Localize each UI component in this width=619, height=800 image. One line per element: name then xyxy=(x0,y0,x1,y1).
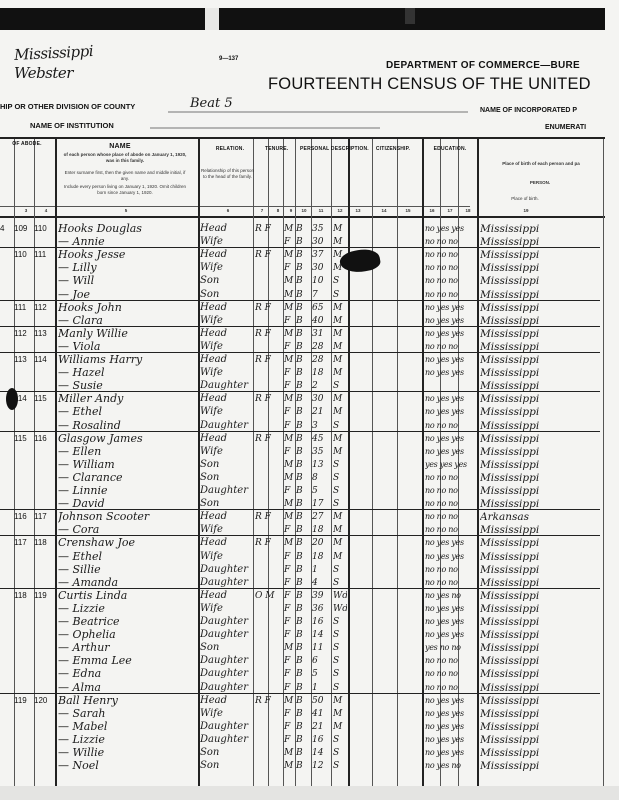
person-name: — Ethel xyxy=(58,550,196,564)
dwelling-number: 111 xyxy=(14,301,34,315)
table-row: — ClaranceSonMB8Sno no noMississippi xyxy=(0,471,605,485)
table-row: 118119Curtis LindaHeadO MFB39Wdno yes no… xyxy=(0,589,605,603)
relation: Son xyxy=(200,641,250,655)
education: yes no no xyxy=(425,641,477,655)
birthplace: Mississippi xyxy=(480,759,590,773)
citizenship xyxy=(352,484,372,498)
sex: M xyxy=(284,248,294,262)
race: B xyxy=(296,222,310,236)
citizenship xyxy=(352,550,372,564)
birthplace: Mississippi xyxy=(480,222,590,236)
family-separator xyxy=(0,326,600,327)
citizenship xyxy=(352,759,372,773)
dwelling-number xyxy=(14,261,34,275)
citizenship xyxy=(352,733,372,747)
person-name: — Willie xyxy=(58,746,196,760)
dwelling-number: 118 xyxy=(14,589,34,603)
family-number xyxy=(34,615,54,629)
tenure xyxy=(255,759,283,773)
line-number xyxy=(0,602,14,616)
table-header-rule xyxy=(0,216,605,218)
relation: Head xyxy=(200,301,250,315)
citizenship xyxy=(352,458,372,472)
relation: Wife xyxy=(200,445,250,459)
family-number xyxy=(34,484,54,498)
person-name: — Lizzie xyxy=(58,733,196,747)
line-number xyxy=(0,471,14,485)
dwelling-number xyxy=(14,707,34,721)
birthplace: Mississippi xyxy=(480,484,590,498)
dwelling-number xyxy=(14,759,34,773)
sex: M xyxy=(284,694,294,708)
age: 27 xyxy=(312,510,330,524)
dwelling-number xyxy=(14,615,34,629)
relation: Head xyxy=(200,222,250,236)
marital-status: S xyxy=(333,563,347,577)
education: no yes yes xyxy=(425,301,477,315)
sex: F xyxy=(284,484,294,498)
census-title: FOURTEENTH CENSUS OF THE UNITED xyxy=(268,75,591,94)
abode-header: OF ABODE. xyxy=(2,141,52,147)
age: 30 xyxy=(312,261,330,275)
fineprint-line xyxy=(150,127,380,129)
table-row: 110111Hooks JesseHeadR FMB37Mno no noMis… xyxy=(0,248,605,262)
family-number: 116 xyxy=(34,432,54,446)
citizenship xyxy=(352,667,372,681)
person-name: — Noel xyxy=(58,759,196,773)
tenure: R F xyxy=(255,327,283,341)
education: no yes yes xyxy=(425,733,477,747)
dwelling-number: 119 xyxy=(14,694,34,708)
sex: M xyxy=(284,327,294,341)
relation: Daughter xyxy=(200,628,250,642)
sex: F xyxy=(284,654,294,668)
table-row: — EllenWifeFB35Mno yes yesMississippi xyxy=(0,445,605,459)
citizenship xyxy=(352,536,372,550)
line-number xyxy=(0,694,14,708)
relation: Son xyxy=(200,746,250,760)
education: no no no xyxy=(425,510,477,524)
tenure: R F xyxy=(255,432,283,446)
relation: Head xyxy=(200,536,250,550)
citizenship xyxy=(352,274,372,288)
race: B xyxy=(296,327,310,341)
dwelling-number: 115 xyxy=(14,432,34,446)
race: B xyxy=(296,589,310,603)
race: B xyxy=(296,445,310,459)
race: B xyxy=(296,353,310,367)
family-separator xyxy=(0,391,600,392)
person-name: — Hazel xyxy=(58,366,196,380)
age: 50 xyxy=(312,694,330,708)
table-row: 112113Manly WillieHeadR FMB31Mno yes yes… xyxy=(0,327,605,341)
family-number xyxy=(34,667,54,681)
family-number xyxy=(34,274,54,288)
birthplace: Mississippi xyxy=(480,405,590,419)
tenure xyxy=(255,654,283,668)
personal-description-header: PERSONAL DESCRIPTION. xyxy=(300,146,362,152)
sex: M xyxy=(284,510,294,524)
age: 39 xyxy=(312,589,330,603)
relation: Daughter xyxy=(200,654,250,668)
sex: M xyxy=(284,471,294,485)
citizenship xyxy=(352,392,372,406)
age: 11 xyxy=(312,641,330,655)
tenure xyxy=(255,628,283,642)
tenure xyxy=(255,733,283,747)
education: no yes yes xyxy=(425,445,477,459)
birthplace: Mississippi xyxy=(480,654,590,668)
tenure: R F xyxy=(255,392,283,406)
marital-status: S xyxy=(333,274,347,288)
line-number xyxy=(0,707,14,721)
family-number xyxy=(34,563,54,577)
sex: F xyxy=(284,720,294,734)
table-row: — WilliamSonMB13Syes yes yesMississippi xyxy=(0,458,605,472)
birthplace: Mississippi xyxy=(480,327,590,341)
marital-status: S xyxy=(333,667,347,681)
line-number xyxy=(0,733,14,747)
relation: Wife xyxy=(200,261,250,275)
family-number xyxy=(34,458,54,472)
county-handwritten: Webster xyxy=(14,64,73,82)
marital-status: S xyxy=(333,746,347,760)
education: no yes yes xyxy=(425,707,477,721)
dwelling-number xyxy=(14,274,34,288)
marital-status: S xyxy=(333,471,347,485)
relation: Wife xyxy=(200,602,250,616)
relation: Daughter xyxy=(200,667,250,681)
family-number xyxy=(34,471,54,485)
citizenship xyxy=(352,222,372,236)
age: 14 xyxy=(312,628,330,642)
column-number: 6 xyxy=(222,208,234,214)
dwelling-number xyxy=(14,733,34,747)
birthplace: Mississippi xyxy=(480,353,590,367)
birthplace: Mississippi xyxy=(480,746,590,760)
table-row: 4109110Hooks DouglasHeadR FMB35Mno yes y… xyxy=(0,222,605,236)
dwelling-number xyxy=(14,563,34,577)
line-number: 4 xyxy=(0,222,14,236)
column-number: 4 xyxy=(40,208,52,214)
family-number: 113 xyxy=(34,327,54,341)
person-name: — Sarah xyxy=(58,707,196,721)
column-number: 10 xyxy=(298,208,310,214)
marital-status: M xyxy=(333,405,347,419)
education-header: EDUCATION. xyxy=(426,146,474,152)
sex: F xyxy=(284,602,294,616)
sex: M xyxy=(284,222,294,236)
dwelling-number xyxy=(14,458,34,472)
ink-blot xyxy=(6,388,18,410)
citizenship xyxy=(352,694,372,708)
line-number xyxy=(0,366,14,380)
family-number: 120 xyxy=(34,694,54,708)
age: 5 xyxy=(312,484,330,498)
line-number xyxy=(0,432,14,446)
tenure xyxy=(255,366,283,380)
dwelling-number xyxy=(14,550,34,564)
name-note-2: Enter surname first, then the given name… xyxy=(60,170,190,182)
column-number: 9 xyxy=(285,208,297,214)
age: 1 xyxy=(312,563,330,577)
sex: M xyxy=(284,392,294,406)
tenure xyxy=(255,261,283,275)
age: 31 xyxy=(312,327,330,341)
tenure xyxy=(255,746,283,760)
colnum-rule xyxy=(0,206,470,207)
race: B xyxy=(296,759,310,773)
dwelling-number xyxy=(14,654,34,668)
relation: Son xyxy=(200,458,250,472)
table-row: — MabelDaughterFB21Mno yes yesMississipp… xyxy=(0,720,605,734)
birthplace: Mississippi xyxy=(480,392,590,406)
person-name: Curtis Linda xyxy=(58,589,196,603)
marital-status: Wd xyxy=(333,602,347,616)
sex: M xyxy=(284,458,294,472)
table-row: 119120Ball HenryHeadR FMB50Mno yes yesMi… xyxy=(0,694,605,708)
race: B xyxy=(296,733,310,747)
dwelling-number: 113 xyxy=(14,353,34,367)
education: no yes yes xyxy=(425,366,477,380)
table-row: — HazelWifeFB18Mno yes yesMississippi xyxy=(0,366,605,380)
age: 35 xyxy=(312,445,330,459)
person-name: — Lilly xyxy=(58,261,196,275)
race: B xyxy=(296,484,310,498)
birthplace: Mississippi xyxy=(480,602,590,616)
birthplace: Mississippi xyxy=(480,550,590,564)
race: B xyxy=(296,628,310,642)
sex: F xyxy=(284,445,294,459)
birthplace: Mississippi xyxy=(480,301,590,315)
person-name: — William xyxy=(58,458,196,472)
table-row: 115116Glasgow JamesHeadR FMB45Mno yes ye… xyxy=(0,432,605,446)
citizenship xyxy=(352,327,372,341)
person-name: Manly Willie xyxy=(58,327,196,341)
marital-status: Wd xyxy=(333,589,347,603)
birthplace: Mississippi xyxy=(480,563,590,577)
line-number xyxy=(0,615,14,629)
person-name: — Arthur xyxy=(58,641,196,655)
table-row: — SillieDaughterFB1Sno no noMississippi xyxy=(0,563,605,577)
tenure xyxy=(255,667,283,681)
relation-header: RELATION. xyxy=(205,146,255,152)
race: B xyxy=(296,432,310,446)
tenure: O M xyxy=(255,589,283,603)
table-row: — Emma LeeDaughterFB6Sno no noMississipp… xyxy=(0,654,605,668)
person-name: — Will xyxy=(58,274,196,288)
citizenship xyxy=(352,615,372,629)
education: no yes no xyxy=(425,589,477,603)
person-name: — Ellen xyxy=(58,445,196,459)
race: B xyxy=(296,458,310,472)
table-row: — LizzieWifeFB36Wdno yes yesMississippi xyxy=(0,602,605,616)
marital-status: S xyxy=(333,628,347,642)
table-row: — OpheliaDaughterFB14Sno yes yesMississi… xyxy=(0,628,605,642)
age: 21 xyxy=(312,405,330,419)
line-number xyxy=(0,720,14,734)
education: no yes yes xyxy=(425,550,477,564)
column-number: 12 xyxy=(334,208,346,214)
tenure xyxy=(255,720,283,734)
tenure xyxy=(255,615,283,629)
department-heading: DEPARTMENT OF COMMERCE—BURE xyxy=(386,60,580,71)
person-name: — Edna xyxy=(58,667,196,681)
birthplace-subhead: PERSON. xyxy=(520,180,560,186)
dwelling-number xyxy=(14,641,34,655)
tenure xyxy=(255,445,283,459)
column-number: 14 xyxy=(378,208,390,214)
incorporated-place-label: NAME OF INCORPORATED P xyxy=(480,107,577,114)
line-number xyxy=(0,261,14,275)
family-number: 118 xyxy=(34,536,54,550)
family-number xyxy=(34,746,54,760)
marital-status: M xyxy=(333,707,347,721)
line-number xyxy=(0,248,14,262)
race: B xyxy=(296,405,310,419)
birthplace: Mississippi xyxy=(480,694,590,708)
person-name: — Mabel xyxy=(58,720,196,734)
citizenship xyxy=(352,471,372,485)
table-row: — LillyWifeFB30Mno no noMississippi xyxy=(0,261,605,275)
line-number xyxy=(0,301,14,315)
column-number: 11 xyxy=(315,208,327,214)
tenure xyxy=(255,458,283,472)
dwelling-number xyxy=(14,628,34,642)
dwelling-number: 112 xyxy=(14,327,34,341)
birthplace: Mississippi xyxy=(480,432,590,446)
line-number xyxy=(0,353,14,367)
relation: Son xyxy=(200,759,250,773)
citizenship xyxy=(352,720,372,734)
relation: Head xyxy=(200,432,250,446)
dwelling-number: 117 xyxy=(14,536,34,550)
line-number xyxy=(0,274,14,288)
citizenship xyxy=(352,432,372,446)
tenure xyxy=(255,405,283,419)
person-name: — Ethel xyxy=(58,405,196,419)
dwelling-number xyxy=(14,445,34,459)
table-row: — WillieSonMB14Sno yes yesMississippi xyxy=(0,746,605,760)
tenure xyxy=(255,471,283,485)
education: no yes yes xyxy=(425,327,477,341)
column-number: 17 xyxy=(444,208,456,214)
column-number: 15 xyxy=(402,208,414,214)
age: 41 xyxy=(312,707,330,721)
birthplace: Mississippi xyxy=(480,274,590,288)
education: no no no xyxy=(425,667,477,681)
family-number: 115 xyxy=(34,392,54,406)
tenure xyxy=(255,484,283,498)
citizenship xyxy=(352,628,372,642)
marital-status: M xyxy=(333,536,347,550)
table-row: — SarahWifeFB41Mno yes yesMississippi xyxy=(0,707,605,721)
birthplace: Mississippi xyxy=(480,667,590,681)
person-name: Ball Henry xyxy=(58,694,196,708)
education: yes yes yes xyxy=(425,458,477,472)
table-row: — LizzieDaughterFB16Sno yes yesMississip… xyxy=(0,733,605,747)
dwelling-number: 109 xyxy=(14,222,34,236)
relation: Daughter xyxy=(200,615,250,629)
tenure: R F xyxy=(255,248,283,262)
column-number: 7 xyxy=(256,208,268,214)
education: no no no xyxy=(425,484,477,498)
enumeration-label: ENUMERATI xyxy=(545,124,586,131)
age: 6 xyxy=(312,654,330,668)
birthplace: Mississippi xyxy=(480,615,590,629)
family-number xyxy=(34,405,54,419)
person-name: Glasgow James xyxy=(58,432,196,446)
citizenship xyxy=(352,602,372,616)
race: B xyxy=(296,563,310,577)
line-number xyxy=(0,327,14,341)
family-number: 114 xyxy=(34,353,54,367)
column-number: 16 xyxy=(426,208,438,214)
relation-note: Relationship of this person to the head … xyxy=(200,168,255,180)
education: no yes yes xyxy=(425,628,477,642)
birthplace-label: Place of birth. xyxy=(500,196,550,202)
marital-status: M xyxy=(333,720,347,734)
relation: Wife xyxy=(200,707,250,721)
birthplace: Mississippi xyxy=(480,458,590,472)
column-number: 13 xyxy=(352,208,364,214)
tenure: R F xyxy=(255,536,283,550)
sex: M xyxy=(284,353,294,367)
fineprint-line xyxy=(168,111,468,113)
line-number xyxy=(0,445,14,459)
family-separator xyxy=(0,431,600,432)
line-number xyxy=(0,589,14,603)
line-number xyxy=(0,654,14,668)
tenure: R F xyxy=(255,301,283,315)
scan-bottom-edge xyxy=(0,786,619,800)
tenure xyxy=(255,602,283,616)
dwelling-number: 110 xyxy=(14,248,34,262)
citizenship xyxy=(352,589,372,603)
family-number xyxy=(34,550,54,564)
family-number xyxy=(34,720,54,734)
age: 65 xyxy=(312,301,330,315)
line-number xyxy=(0,510,14,524)
age: 35 xyxy=(312,222,330,236)
citizenship xyxy=(352,707,372,721)
sex: F xyxy=(284,261,294,275)
race: B xyxy=(296,694,310,708)
relation: Daughter xyxy=(200,720,250,734)
family-number: 117 xyxy=(34,510,54,524)
marital-status: M xyxy=(333,432,347,446)
marital-status: M xyxy=(333,301,347,315)
education: no yes yes xyxy=(425,694,477,708)
table-row: — EthelWifeFB18Mno yes yesMississippi xyxy=(0,550,605,564)
sex: F xyxy=(284,615,294,629)
tenure: R F xyxy=(255,510,283,524)
relation: Daughter xyxy=(200,484,250,498)
line-number xyxy=(0,746,14,760)
age: 18 xyxy=(312,366,330,380)
tenure xyxy=(255,707,283,721)
birthplace: Mississippi xyxy=(480,589,590,603)
birthplace: Mississippi xyxy=(480,261,590,275)
race: B xyxy=(296,720,310,734)
age: 13 xyxy=(312,458,330,472)
dwelling-number xyxy=(14,366,34,380)
sex: M xyxy=(284,759,294,773)
table-row: 114115Miller AndyHeadR FMB30Mno yes yesM… xyxy=(0,392,605,406)
age: 18 xyxy=(312,550,330,564)
age: 37 xyxy=(312,248,330,262)
column-number: 8 xyxy=(272,208,284,214)
